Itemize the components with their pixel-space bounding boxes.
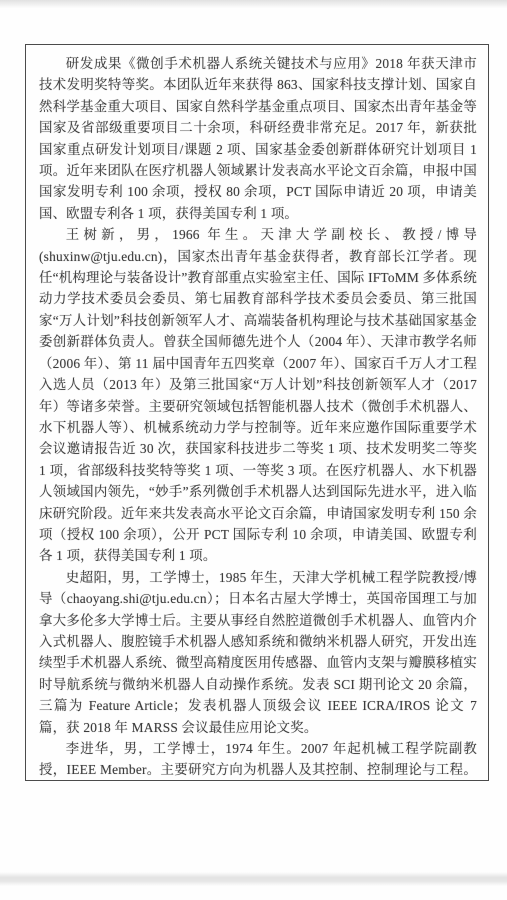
paragraph-wang-shuxin-bio: 王树新，男，1966 年生。天津大学副校长、教授/博导(shuxinw@tju.… [39,224,477,567]
paragraph-research-achievements: 研发成果《微创手术机器人系统关键技术与应用》2018 年获天津市技术发明奖特等奖… [39,53,477,224]
document-page: 研发成果《微创手术机器人系统关键技术与应用》2018 年获天津市技术发明奖特等奖… [0,8,507,872]
text-border-frame: 研发成果《微创手术机器人系统关键技术与应用》2018 年获天津市技术发明奖特等奖… [25,44,489,781]
document-viewer: 研发成果《微创手术机器人系统关键技术与应用》2018 年获天津市技术发明奖特等奖… [0,0,507,900]
page-top-edge [0,0,507,8]
page-separator [0,872,507,886]
paragraph-shi-chaoyang-bio: 史超阳，男，工学博士，1985 年生，天津大学机械工程学院教授/博导（chaoy… [39,567,477,738]
paragraph-li-jinhua-bio: 李进华，男，工学博士，1974 年生。2007 年起机械工程学院副教授，IEEE… [39,738,477,781]
